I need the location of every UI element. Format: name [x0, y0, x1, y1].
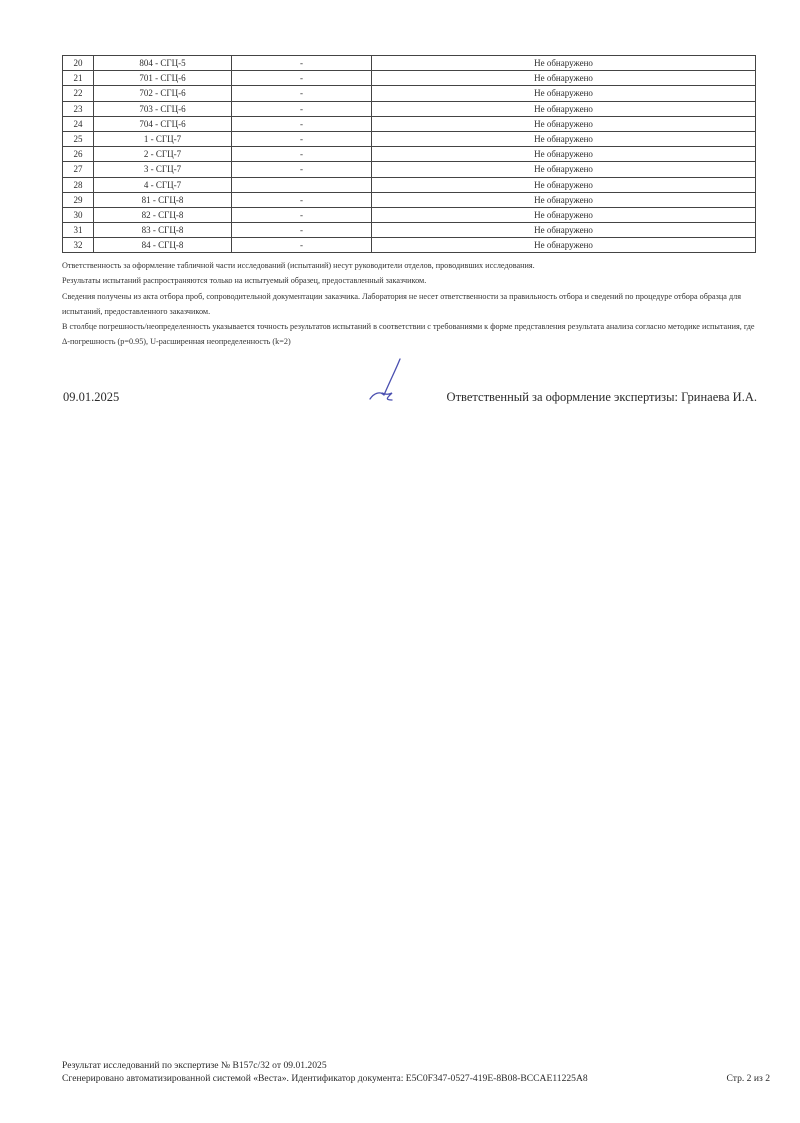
result-value: Не обнаружено — [372, 116, 756, 131]
error-value: - — [232, 101, 372, 116]
error-value: - — [232, 207, 372, 222]
error-value: - — [232, 71, 372, 86]
row-number: 21 — [63, 71, 94, 86]
error-value: - — [232, 223, 372, 238]
sample-name: 703 - СГЦ-6 — [94, 101, 232, 116]
table-row: 22702 - СГЦ-6-Не обнаружено — [63, 86, 756, 101]
sample-name: 702 - СГЦ-6 — [94, 86, 232, 101]
footer-document-id: Сгенерировано автоматизированной системо… — [62, 1072, 588, 1085]
result-value: Не обнаружено — [372, 238, 756, 253]
error-value: - — [232, 86, 372, 101]
row-number: 28 — [63, 177, 94, 192]
page-footer: Результат исследований по экспертизе № В… — [62, 1059, 770, 1085]
sample-name: 4 - СГЦ-7 — [94, 177, 232, 192]
table-row: 262 - СГЦ-7-Не обнаружено — [63, 147, 756, 162]
table-row: 3183 - СГЦ-8-Не обнаружено — [63, 223, 756, 238]
row-number: 25 — [63, 131, 94, 146]
footer-expertise-ref: Результат исследований по экспертизе № В… — [62, 1059, 770, 1072]
row-number: 32 — [63, 238, 94, 253]
note-responsibility: Ответственность за оформление табличной … — [62, 258, 762, 273]
note-accuracy: В столбце погрешность/неопределенность у… — [62, 319, 762, 350]
error-value: - — [232, 131, 372, 146]
responsible-person: Ответственный за оформление экспертизы: … — [447, 390, 757, 405]
result-value: Не обнаружено — [372, 147, 756, 162]
sample-name: 704 - СГЦ-6 — [94, 116, 232, 131]
result-value: Не обнаружено — [372, 177, 756, 192]
result-value: Не обнаружено — [372, 192, 756, 207]
error-value: - — [232, 56, 372, 71]
note-scope: Результаты испытаний распространяются то… — [62, 273, 762, 288]
result-value: Не обнаружено — [372, 162, 756, 177]
row-number: 27 — [63, 162, 94, 177]
sample-name: 84 - СГЦ-8 — [94, 238, 232, 253]
note-sampling: Сведения получены из акта отбора проб, с… — [62, 289, 762, 320]
row-number: 26 — [63, 147, 94, 162]
table-row: 251 - СГЦ-7-Не обнаружено — [63, 131, 756, 146]
error-value: - — [232, 192, 372, 207]
sample-name: 804 - СГЦ-5 — [94, 56, 232, 71]
table-row: 24704 - СГЦ-6-Не обнаружено — [63, 116, 756, 131]
result-value: Не обнаружено — [372, 86, 756, 101]
table-row: 23703 - СГЦ-6-Не обнаружено — [63, 101, 756, 116]
table-row: 284 - СГЦ-7Не обнаружено — [63, 177, 756, 192]
sample-name: 2 - СГЦ-7 — [94, 147, 232, 162]
table-row: 2981 - СГЦ-8-Не обнаружено — [63, 192, 756, 207]
result-value: Не обнаружено — [372, 101, 756, 116]
table-row: 20804 - СГЦ-5-Не обнаружено — [63, 56, 756, 71]
results-table: 20804 - СГЦ-5-Не обнаружено21701 - СГЦ-6… — [62, 55, 756, 253]
sample-name: 701 - СГЦ-6 — [94, 71, 232, 86]
error-value: - — [232, 238, 372, 253]
sample-name: 1 - СГЦ-7 — [94, 131, 232, 146]
table-row: 3284 - СГЦ-8-Не обнаружено — [63, 238, 756, 253]
row-number: 23 — [63, 101, 94, 116]
sample-name: 82 - СГЦ-8 — [94, 207, 232, 222]
result-value: Не обнаружено — [372, 71, 756, 86]
page-number: Стр. 2 из 2 — [727, 1072, 771, 1085]
error-value — [232, 177, 372, 192]
table-row: 273 - СГЦ-7-Не обнаружено — [63, 162, 756, 177]
result-value: Не обнаружено — [372, 207, 756, 222]
sample-name: 3 - СГЦ-7 — [94, 162, 232, 177]
row-number: 20 — [63, 56, 94, 71]
result-value: Не обнаружено — [372, 131, 756, 146]
sample-name: 81 - СГЦ-8 — [94, 192, 232, 207]
result-value: Не обнаружено — [372, 223, 756, 238]
signature-date: 09.01.2025 — [63, 390, 119, 405]
error-value: - — [232, 116, 372, 131]
row-number: 30 — [63, 207, 94, 222]
error-value: - — [232, 147, 372, 162]
row-number: 24 — [63, 116, 94, 131]
error-value: - — [232, 162, 372, 177]
sample-name: 83 - СГЦ-8 — [94, 223, 232, 238]
result-value: Не обнаружено — [372, 56, 756, 71]
row-number: 29 — [63, 192, 94, 207]
row-number: 31 — [63, 223, 94, 238]
row-number: 22 — [63, 86, 94, 101]
table-row: 3082 - СГЦ-8-Не обнаружено — [63, 207, 756, 222]
table-row: 21701 - СГЦ-6-Не обнаружено — [63, 71, 756, 86]
signature-icon — [362, 357, 422, 407]
notes-block: Ответственность за оформление табличной … — [62, 258, 762, 350]
